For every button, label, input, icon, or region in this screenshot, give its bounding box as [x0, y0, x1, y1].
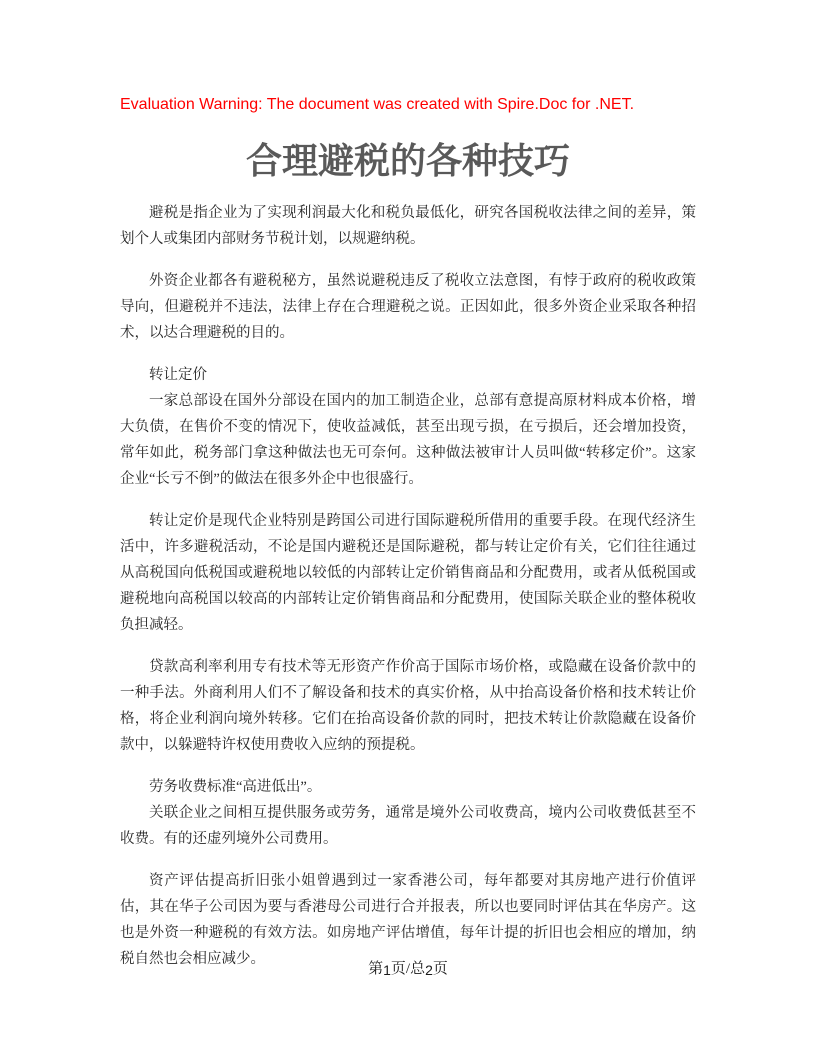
paragraph-transfer-pricing-heading: 转让定价 [120, 362, 696, 388]
paragraph-tax-avoidance-definition: 避税是指企业为了实现利润最大化和税负最低化，研究各国税收法律之间的差异，策划个人… [120, 200, 696, 252]
page-number-middle: 页/总 [391, 961, 425, 977]
paragraph-loan-interest-equipment: 贷款高利率利用专有技术等无形资产作价高于国际市场价格，或隐藏在设备价款中的一种手… [120, 654, 696, 758]
paragraph-transfer-pricing-mechanism: 转让定价是现代企业特别是跨国公司进行国际避税所借用的重要手段。在现代经济生活中，… [120, 508, 696, 638]
paragraph-service-fee-heading: 劳务收费标准“高进低出”。 [120, 774, 696, 800]
page-number-suffix: 页 [433, 961, 448, 977]
evaluation-warning-text: Evaluation Warning: The document was cre… [120, 95, 720, 114]
page-number-prefix: 第 [368, 961, 383, 977]
paragraph-transfer-pricing-example: 一家总部设在国外分部设在国内的加工制造企业，总部有意提高原材料成本价格，增大负债… [120, 388, 696, 492]
page-number-current: 1 [383, 962, 391, 978]
document-page: Evaluation Warning: The document was cre… [0, 0, 816, 1056]
page-number-total: 2 [425, 962, 433, 978]
document-body: 避税是指企业为了实现利润最大化和税负最低化，研究各国税收法律之间的差异，策划个人… [120, 200, 696, 988]
page-number: 第1页/总2页 [0, 957, 816, 980]
paragraph-foreign-enterprise-secrets: 外资企业都各有避税秘方，虽然说避税违反了税收立法意图，有悖于政府的税收政策导向，… [120, 268, 696, 346]
paragraph-related-company-fees: 关联企业之间相互提供服务或劳务，通常是境外公司收费高，境内公司收费低甚至不收费。… [120, 800, 696, 852]
document-title: 合理避税的各种技巧 [120, 138, 696, 184]
